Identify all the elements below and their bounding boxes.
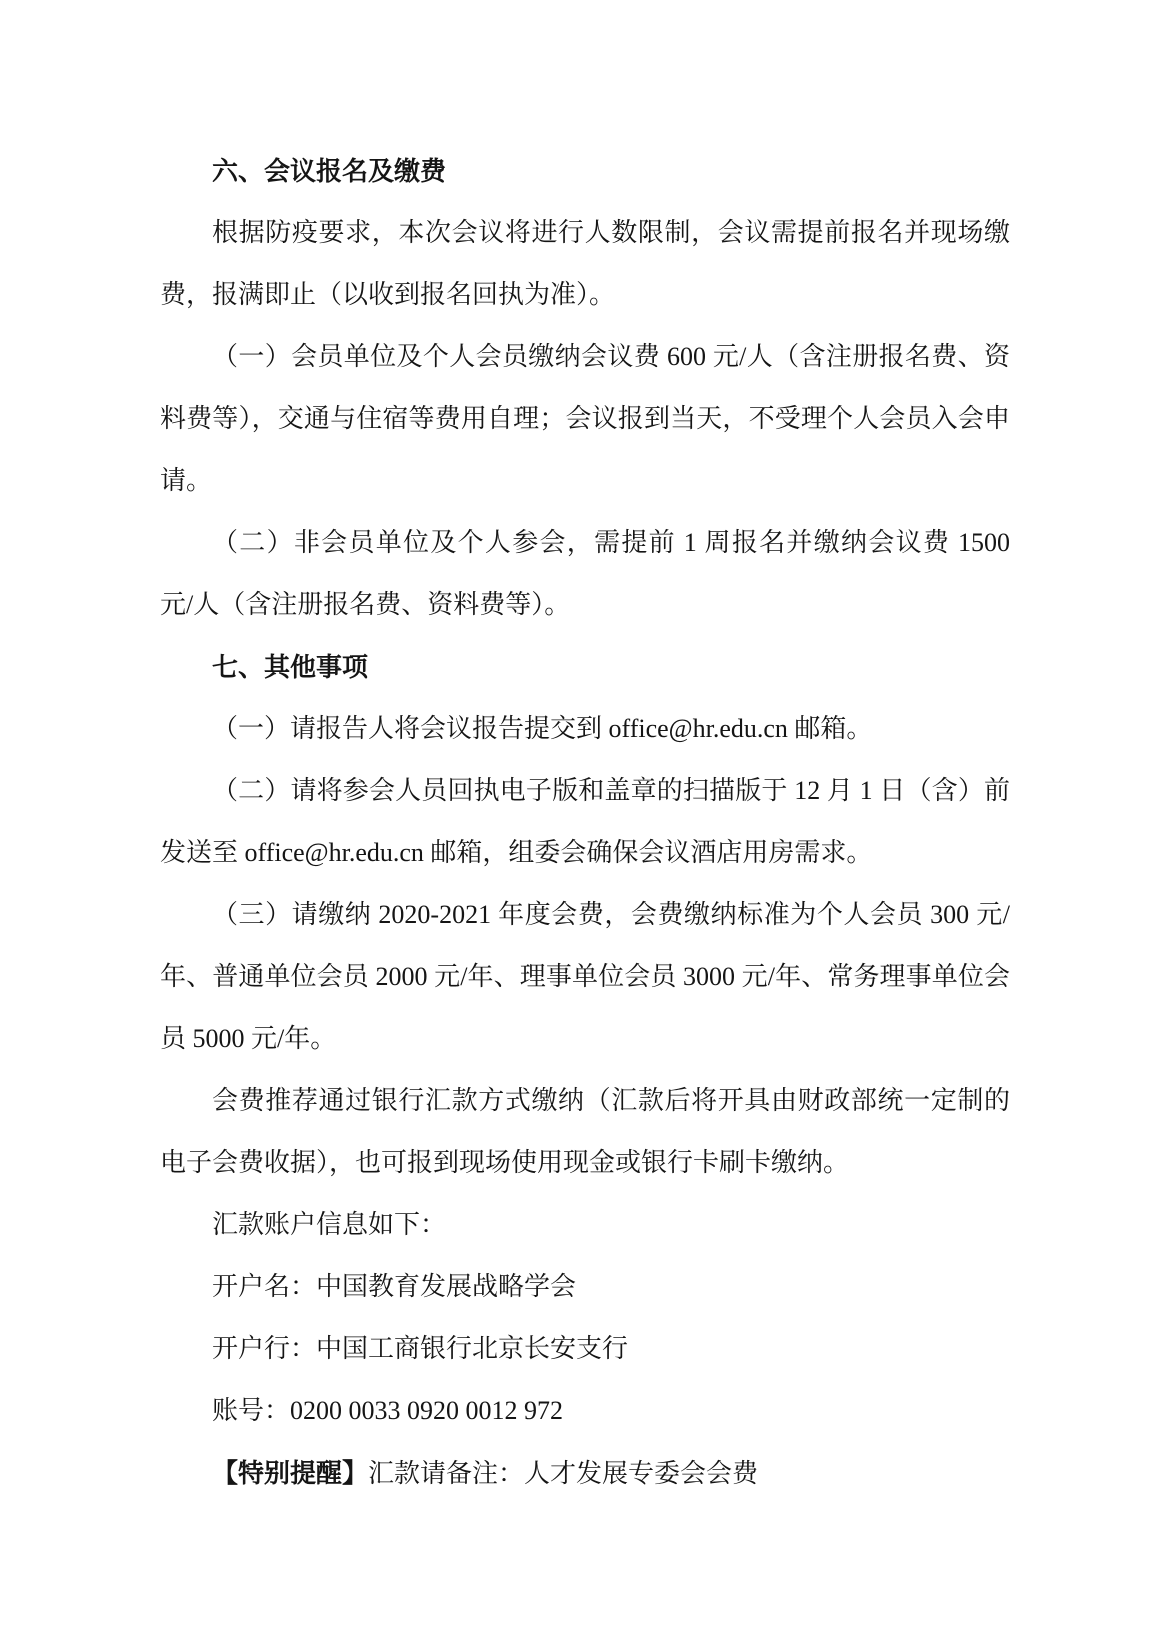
paragraph: （一）会员单位及个人会员缴纳会议费 600 元/人（含注册报名费、资料费等），交… (160, 326, 1010, 512)
document-page: 六、会议报名及缴费 根据防疫要求，本次会议将进行人数限制，会议需提前报名并现场缴… (0, 0, 1159, 1640)
paragraph: （三）请缴纳 2020-2021 年度会费，会费缴纳标准为个人会员 300 元/… (160, 884, 1010, 1070)
special-note-line: 【特别提醒】汇款请备注：人才发展专委会会费 (160, 1442, 1010, 1505)
paragraph: （一）请报告人将会议报告提交到 office@hr.edu.cn 邮箱。 (160, 698, 1010, 760)
paragraph: （二）非会员单位及个人参会，需提前 1 周报名并缴纳会议费 1500 元/人（含… (160, 512, 1010, 636)
remittance-info-intro: 汇款账户信息如下： (160, 1194, 1010, 1256)
section6-heading: 六、会议报名及缴费 (160, 140, 1010, 202)
account-holder-line: 开户名：中国教育发展战略学会 (160, 1256, 1010, 1318)
account-bank-line: 开户行：中国工商银行北京长安支行 (160, 1318, 1010, 1380)
paragraph: 会费推荐通过银行汇款方式缴纳（汇款后将开具由财政部统一定制的电子会费收据），也可… (160, 1070, 1010, 1194)
section7-heading: 七、其他事项 (160, 636, 1010, 698)
paragraph: （二）请将参会人员回执电子版和盖章的扫描版于 12 月 1 日（含）前发送至 o… (160, 760, 1010, 884)
paragraph: 根据防疫要求，本次会议将进行人数限制，会议需提前报名并现场缴费，报满即止（以收到… (160, 202, 1010, 326)
account-number-line: 账号：0200 0033 0920 0012 972 (160, 1380, 1010, 1442)
special-note-text: 汇款请备注：人才发展专委会会费 (368, 1459, 758, 1488)
special-note-lead: 【特别提醒】 (212, 1458, 368, 1488)
